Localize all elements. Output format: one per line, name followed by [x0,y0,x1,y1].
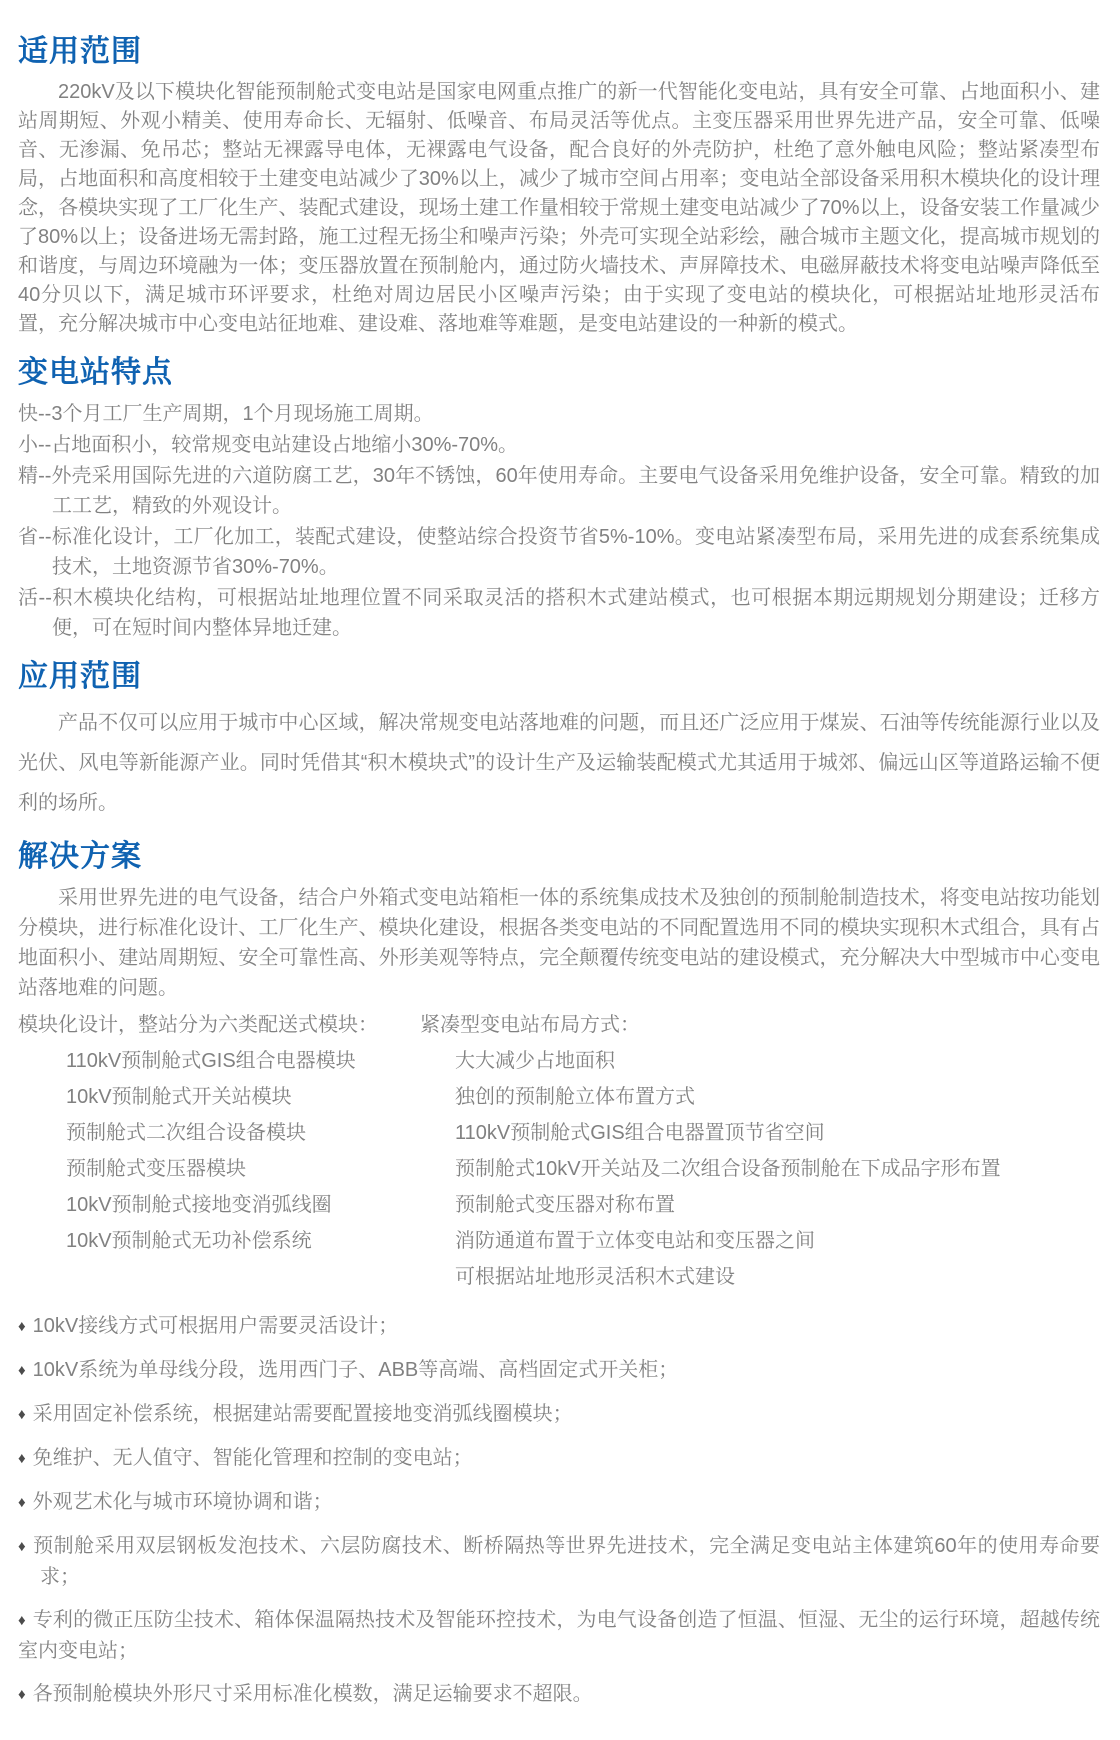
layout-item: 预制舱式变压器对称布置 [420,1187,1100,1223]
diamond-bullet-icon: ♦ [18,1494,26,1511]
bullet-item: ♦10kV系统为单母线分段，选用西门子、ABB等高端、高档固定式开关柜； [18,1355,1100,1386]
modules-column-header: 模块化设计，整站分为六类配送式模块： [18,1007,420,1043]
modules-column: 模块化设计，整站分为六类配送式模块： 110kV预制舱式GIS组合电器模块 10… [18,1007,420,1259]
feature-item-saving: 省--标准化设计，工厂化加工，装配式建设，使整站综合投资节省5%-10%。变电站… [18,522,1100,582]
layout-item: 大大减少占地面积 [420,1043,1100,1079]
layout-item: 110kV预制舱式GIS组合电器置顶节省空间 [420,1115,1100,1151]
bullet-text: 各预制舱模块外形尺寸采用标准化模数，满足运输要求不超限。 [33,1683,593,1705]
layout-column: 紧凑型变电站布局方式： 大大减少占地面积 独创的预制舱立体布置方式 110kV预… [420,1007,1100,1295]
layout-item: 可根据站址地形灵活积木式建设 [420,1259,1100,1295]
module-item: 10kV预制舱式无功补偿系统 [18,1223,420,1259]
bullet-item: ♦各预制舱模块外形尺寸采用标准化模数，满足运输要求不超限。 [18,1679,1100,1710]
bullet-text: 专利的微正压防尘技术、箱体保温隔热技术及智能环控技术，为电气设备创造了恒温、恒湿… [18,1609,1100,1662]
bullet-item: ♦免维护、无人值守、智能化管理和控制的变电站； [18,1443,1100,1474]
diamond-bullet-icon: ♦ [18,1538,26,1555]
highlight-bullet-list: ♦10kV接线方式可根据用户需要灵活设计； ♦10kV系统为单母线分段，选用西门… [18,1311,1100,1710]
section-title-scope: 适用范围 [18,34,1100,70]
bullet-text: 10kV系统为单母线分段，选用西门子、ABB等高端、高档固定式开关柜； [33,1359,679,1381]
section-title-solution: 解决方案 [18,839,1100,875]
bullet-item: ♦预制舱采用双层钢板发泡技术、六层防腐技术、断桥隔热等世界先进技术，完全满足变电… [18,1531,1100,1592]
bullet-item: ♦外观艺术化与城市环境协调和谐； [18,1487,1100,1518]
diamond-bullet-icon: ♦ [18,1362,26,1379]
module-item: 预制舱式二次组合设备模块 [18,1115,420,1151]
feature-item-fine: 精--外壳采用国际先进的六道防腐工艺，30年不锈蚀，60年使用寿命。主要电气设备… [18,461,1100,521]
feature-item-flexible: 活--积木模块化结构，可根据站址地理位置不同采取灵活的搭积木式建站模式，也可根据… [18,583,1100,643]
features-list: 快--3个月工厂生产周期，1个月现场施工周期。 小--占地面积小，较常规变电站建… [18,399,1100,643]
document-page: 适用范围 220kV及以下模块化智能预制舱式变电站是国家电网重点推广的新一代智能… [0,0,1120,1740]
solution-columns: 模块化设计，整站分为六类配送式模块： 110kV预制舱式GIS组合电器模块 10… [18,1007,1100,1295]
feature-item-small: 小--占地面积小，较常规变电站建设占地缩小30%-70%。 [18,430,1100,460]
layout-item: 消防通道布置于立体变电站和变压器之间 [420,1223,1100,1259]
layout-item: 独创的预制舱立体布置方式 [420,1079,1100,1115]
bullet-text: 外观艺术化与城市环境协调和谐； [33,1491,333,1513]
solution-paragraph: 采用世界先进的电气设备，结合户外箱式变电站箱柜一体的系统集成技术及独创的预制舱制… [18,883,1100,1003]
feature-item-fast: 快--3个月工厂生产周期，1个月现场施工周期。 [18,399,1100,429]
module-item: 预制舱式变压器模块 [18,1151,420,1187]
scope-paragraph: 220kV及以下模块化智能预制舱式变电站是国家电网重点推广的新一代智能化变电站，… [18,78,1100,339]
diamond-bullet-icon: ♦ [18,1450,26,1467]
diamond-bullet-icon: ♦ [18,1318,26,1335]
bullet-text: 10kV接线方式可根据用户需要灵活设计； [33,1315,399,1337]
bullet-item: ♦专利的微正压防尘技术、箱体保温隔热技术及智能环控技术，为电气设备创造了恒温、恒… [18,1605,1100,1666]
bullet-text: 预制舱采用双层钢板发泡技术、六层防腐技术、断桥隔热等世界先进技术，完全满足变电站… [33,1535,1100,1588]
layout-column-header: 紧凑型变电站布局方式： [420,1007,1100,1043]
diamond-bullet-icon: ♦ [18,1612,26,1629]
bullet-text: 免维护、无人值守、智能化管理和控制的变电站； [33,1447,473,1469]
diamond-bullet-icon: ♦ [18,1406,26,1423]
module-item: 10kV预制舱式接地变消弧线圈 [18,1187,420,1223]
application-paragraph: 产品不仅可以应用于城市中心区域，解决常规变电站落地难的问题，而且还广泛应用于煤炭… [18,703,1100,823]
layout-item: 预制舱式10kV开关站及二次组合设备预制舱在下成品字形布置 [420,1151,1100,1187]
section-title-application: 应用范围 [18,659,1100,695]
bullet-text: 采用固定补偿系统，根据建站需要配置接地变消弧线圈模块； [33,1403,573,1425]
module-item: 110kV预制舱式GIS组合电器模块 [18,1043,420,1079]
module-item: 10kV预制舱式开关站模块 [18,1079,420,1115]
bullet-item: ♦10kV接线方式可根据用户需要灵活设计； [18,1311,1100,1342]
bullet-item: ♦采用固定补偿系统，根据建站需要配置接地变消弧线圈模块； [18,1399,1100,1430]
diamond-bullet-icon: ♦ [18,1686,26,1703]
section-title-features: 变电站特点 [18,355,1100,391]
